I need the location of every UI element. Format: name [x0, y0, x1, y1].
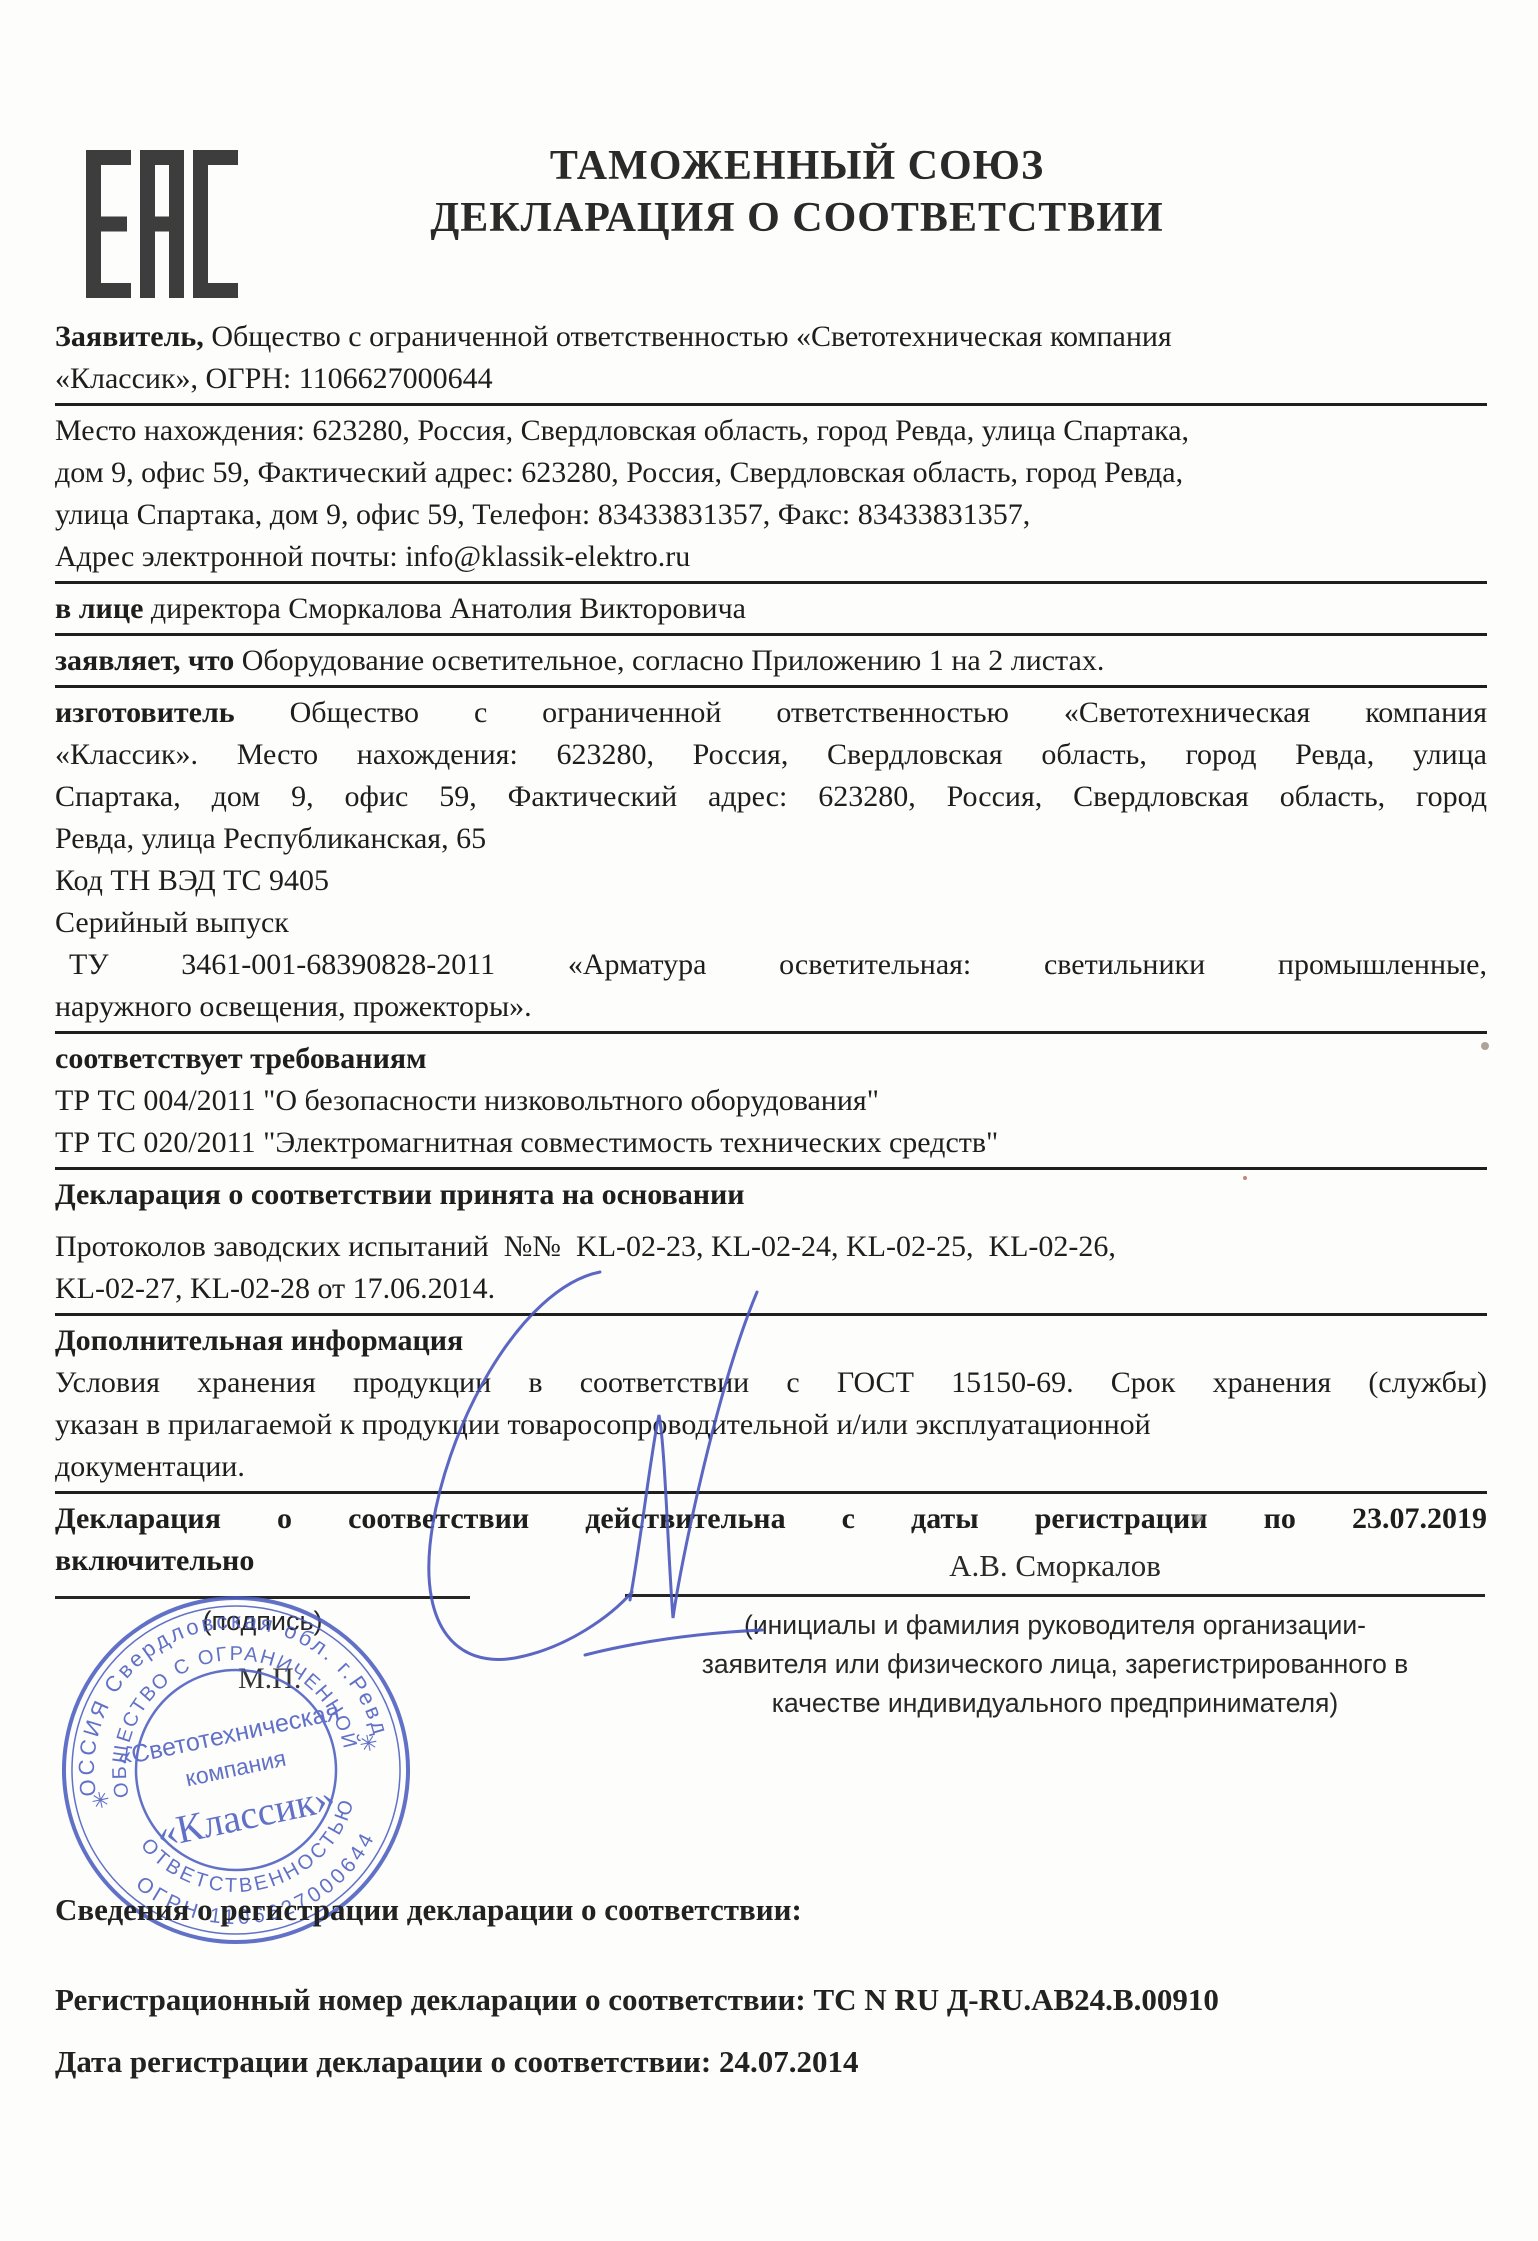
title-line-1: ТАМОЖЕННЫЙ СОЮЗ — [56, 140, 1538, 192]
document-body: Заявитель, Общество с ограниченной ответ… — [55, 316, 1487, 1582]
address-line-2: дом 9, офис 59, Фактический адрес: 62328… — [55, 452, 1487, 494]
protocols-line-2: KL-02-27, KL-02-28 от 17.06.2014. — [55, 1268, 1487, 1310]
signature-line-right — [625, 1594, 1485, 1597]
protocols-line-1: Протоколов заводских испытаний №№ KL-02-… — [55, 1226, 1487, 1268]
title-line-2: ДЕКЛАРАЦИЯ О СООТВЕТСТВИИ — [56, 192, 1538, 244]
stamp-star-left: ✳ — [89, 1786, 112, 1814]
signatory-name: А.В. Сморкалов — [625, 1548, 1485, 1584]
divider — [55, 1313, 1487, 1316]
applicant-line-2: «Классик», ОГРН: 1106627000644 — [55, 358, 1487, 400]
divider — [55, 403, 1487, 406]
divider — [55, 1031, 1487, 1034]
tr-020-line: ТР ТС 020/2011 "Электромагнитная совмест… — [55, 1122, 1487, 1164]
signatory-caption: (инициалы и фамилия руководителя организ… — [625, 1606, 1485, 1723]
registration-date-line: Дата регистрации декларации о соответств… — [55, 2044, 1487, 2080]
serial-line: Серийный выпуск — [55, 902, 1487, 944]
storage-line-1: Условия хранения продукции в соответстви… — [55, 1362, 1487, 1404]
declaration-document-page: ТАМОЖЕННЫЙ СОЮЗ ДЕКЛАРАЦИЯ О СООТВЕТСТВИ… — [0, 0, 1538, 2241]
address-line-1: Место нахождения: 623280, Россия, Свердл… — [55, 410, 1487, 452]
tn-ved-code-line: Код ТН ВЭД ТС 9405 — [55, 860, 1487, 902]
tu-line-1: ТУ 3461-001-68390828-2011 «Арматура осве… — [55, 944, 1487, 986]
storage-line-2: указан в прилагаемой к продукции товарос… — [55, 1404, 1487, 1446]
manufacturer-label: изготовитель — [55, 696, 235, 729]
registration-heading: Сведения о регистрации декларации о соот… — [55, 1892, 1487, 1928]
applicant-label: Заявитель, — [55, 320, 204, 353]
address-line-4: Адрес электронной почты: info@klassik-el… — [55, 536, 1487, 578]
tr-004-line: ТР ТС 004/2011 "О безопасности низковоль… — [55, 1080, 1487, 1122]
manufacturer-line-2: «Классик». Место нахождения: 623280, Рос… — [55, 734, 1487, 776]
registration-number-line: Регистрационный номер декларации о соотв… — [55, 1982, 1487, 2018]
scan-speck — [1481, 1042, 1489, 1050]
divider — [55, 1491, 1487, 1494]
declares-line: заявляет, что Оборудование осветительное… — [55, 640, 1487, 682]
divider — [55, 581, 1487, 584]
manufacturer-line-3: Спартака, дом 9, офис 59, Фактический ад… — [55, 776, 1487, 818]
divider — [55, 1167, 1487, 1170]
validity-line-1: Декларация о соответствии действительна … — [55, 1498, 1487, 1540]
complies-heading: соответствует требованиям — [55, 1038, 1487, 1080]
address-line-3: улица Спартака, дом 9, офис 59, Телефон:… — [55, 494, 1487, 536]
document-title: ТАМОЖЕННЫЙ СОЮЗ ДЕКЛАРАЦИЯ О СООТВЕТСТВИ… — [56, 140, 1538, 244]
divider — [55, 633, 1487, 636]
storage-line-3: документации. — [55, 1446, 1487, 1488]
applicant-line-1: Заявитель, Общество с ограниченной ответ… — [55, 316, 1487, 358]
in-person-line: в лице директора Сморкалова Анатолия Вик… — [55, 588, 1487, 630]
manufacturer-line-1: изготовитель Общество с ограниченной отв… — [55, 692, 1487, 734]
scan-speck — [1194, 1514, 1203, 1522]
basis-heading: Декларация о соответствии принята на осн… — [55, 1174, 1487, 1216]
scan-speck — [1243, 1176, 1247, 1180]
divider — [55, 685, 1487, 688]
tu-line-2: наружного освещения, прожекторы». — [55, 986, 1487, 1028]
additional-heading: Дополнительная информация — [55, 1320, 1487, 1362]
declares-label: заявляет, что — [55, 644, 234, 677]
manufacturer-line-4: Ревда, улица Республиканская, 65 — [55, 818, 1487, 860]
in-person-label: в лице — [55, 592, 143, 625]
